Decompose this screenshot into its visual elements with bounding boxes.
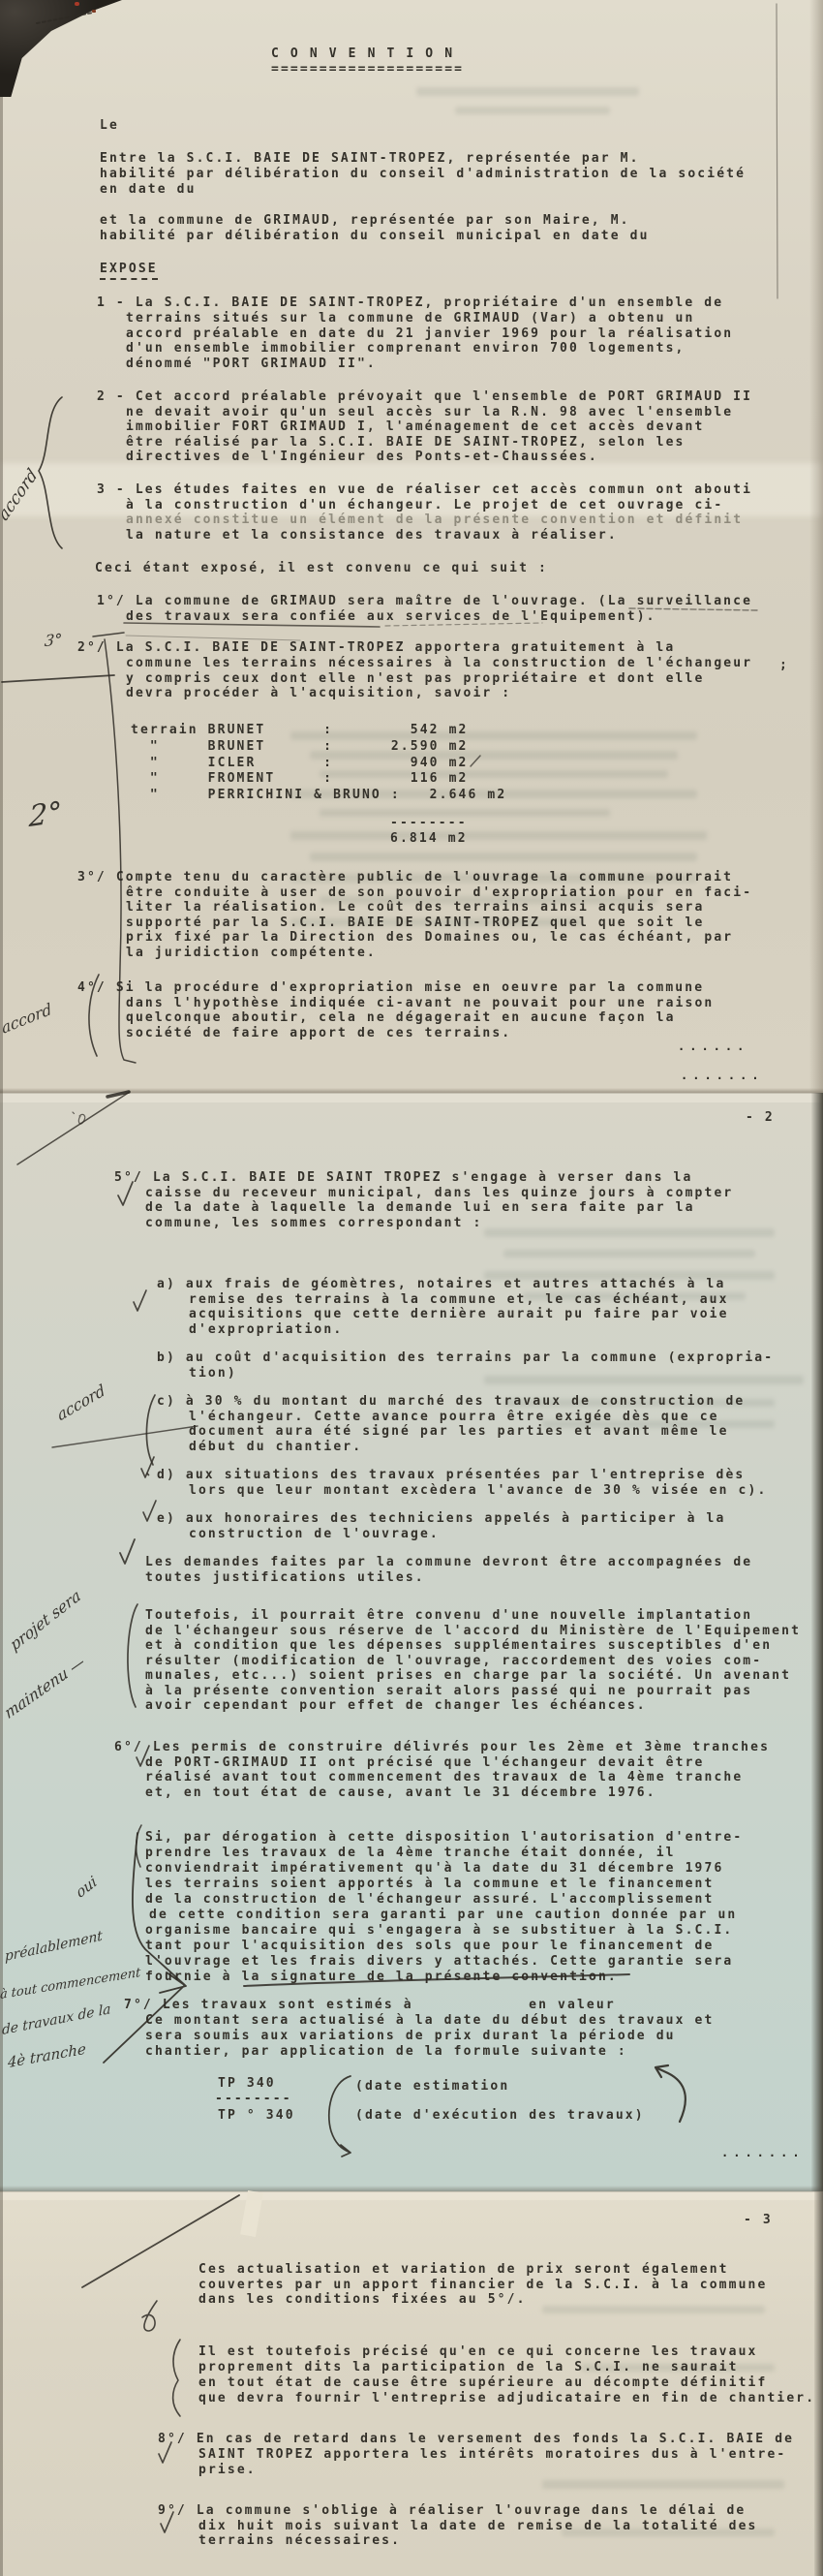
bleed-through-smudge	[484, 1228, 775, 1237]
typed-line: Toutefois, il pourrait être convenu d'un…	[145, 1608, 752, 1624]
typed-line: lors que leur montant excèdera l'avance …	[189, 1483, 767, 1499]
bleed-through-smudge	[416, 87, 639, 96]
page-2-top-edge	[0, 1093, 823, 1102]
typed-line: directives de l'Ingénieur des Ponts-et-C…	[126, 450, 598, 465]
typed-line: - 2	[746, 1110, 775, 1126]
typed-line: TP 340	[218, 2076, 276, 2092]
typed-line: caisse du receveur municipal, dans les q…	[145, 1186, 733, 1201]
typed-line: Les demandes faites par la commune devro…	[145, 1555, 752, 1570]
typed-line: fournie à la signature de la présente co…	[145, 1970, 618, 1985]
typed-line: acquisitions que cette dernière aurait p…	[189, 1307, 729, 1322]
typed-line: --------	[390, 816, 468, 831]
typed-line: ne devait avoir qu'un seul accès sur la …	[126, 405, 733, 420]
typed-line: quelconque aboutir, cela ne dégagerait e…	[126, 1010, 676, 1026]
typed-line: de PORT-GRIMAUD II ont précisé que l'éch…	[145, 1755, 705, 1771]
red-tape-dot	[75, 2, 79, 6]
typed-line: en date du	[100, 182, 197, 198]
typed-line: 8°/ En cas de retard dans le versement d…	[158, 2432, 794, 2447]
typed-line: d) aux situations des travaux présentées…	[157, 1468, 745, 1483]
typed-line: dénommé "PORT GRIMAUD II".	[126, 357, 377, 372]
typed-line: (date d'exécution des travaux)	[355, 2108, 645, 2124]
typed-line: y compris ceux dont elle n'est pas propr…	[126, 671, 704, 687]
typed-line: de cette condition sera garanti par une …	[149, 1908, 737, 1923]
typed-line: commune, les sommes correspondant :	[145, 1216, 482, 1231]
typed-line: e) aux honoraires des techniciens appelé…	[157, 1511, 725, 1527]
typed-line: et, en tout état de cause, avant le 31 d…	[145, 1785, 656, 1801]
typed-line: a) aux frais de géomètres, notaires et a…	[157, 1277, 725, 1292]
typed-line: ;	[779, 658, 789, 673]
typed-line: annexé constitue un élément de la présen…	[126, 512, 743, 528]
typed-line: Entre la S.C.I. BAIE DE SAINT-TROPEZ, re…	[100, 151, 640, 167]
typed-line: 1 - La S.C.I. BAIE DE SAINT-TROPEZ, prop…	[97, 295, 723, 311]
typed-line: organisme bancaire qui s'engagera à se s…	[145, 1923, 733, 1939]
typed-line: d'un ensemble immobilier comprenant envi…	[126, 341, 686, 357]
typed-line: 6°/ Les permis de construire délivrés po…	[114, 1740, 770, 1755]
typed-line: 4°/ Si la procédure d'expropriation mise…	[77, 980, 704, 996]
handwritten-note: 3°	[44, 630, 63, 650]
bleed-through-smudge	[542, 2306, 765, 2313]
typed-line: 3°/ Compte tenu du caractère public de l…	[77, 870, 733, 885]
typed-line: accord préalable en date du 21 janvier 1…	[126, 326, 733, 342]
typed-line: d'expropriation.	[189, 1322, 343, 1338]
typed-line: de la date à laquelle la demande lui en …	[145, 1200, 695, 1216]
typed-line: chantier, par application de la formule …	[145, 2044, 627, 2060]
typed-line: 7°/ Les travaux sont estimés à en valeur	[124, 1998, 616, 2013]
typed-line: de la construction de l'échangeur assuré…	[145, 1892, 714, 1908]
typed-line: ====================	[271, 62, 464, 78]
typed-line: et à condition que les dépenses suppléme…	[145, 1638, 772, 1654]
typed-line: en tout état de cause être supérieure au…	[198, 2375, 767, 2391]
typed-line: Il est toutefois précisé qu'en ce qui co…	[198, 2344, 758, 2360]
typed-line: commune les terrains nécessaires à la co…	[126, 656, 752, 671]
typed-line: 2 - Cet accord préalable prévoyait que l…	[97, 389, 752, 405]
typed-line: liter la réalisation. Le coût des terrai…	[126, 900, 704, 916]
typed-line: immobilier FORT GRIMAUD I, l'aménagement…	[126, 419, 704, 435]
typed-line: tant pour l'acquisition des sols que pou…	[145, 1939, 714, 1954]
typed-line: dans l'hypothèse indiquée ci-avant ne po…	[126, 996, 714, 1011]
typed-line: à la construction d'un échangeur. Le pro…	[126, 498, 723, 513]
typed-line: à la présente convention serait alors pa…	[145, 1684, 752, 1699]
typed-line: début du chantier.	[189, 1440, 362, 1455]
typed-line: tion)	[189, 1366, 237, 1381]
typed-line: de l'échangeur sous réserve de l'accord …	[145, 1624, 801, 1639]
typed-line: habilité par délibération du conseil d'a…	[100, 167, 746, 182]
typed-line: 5°/ La S.C.I. BAIE DE SAINT TROPEZ s'eng…	[114, 1170, 692, 1186]
typed-line: les terrains soient apportés à la commun…	[145, 1877, 714, 1892]
typed-line: être réalisé par la S.C.I. BAIE DE SAINT…	[126, 435, 686, 450]
typed-line: dans les conditions fixées au 5°/.	[198, 2292, 527, 2308]
typed-line: résulter (modification de l'ouvrage, rac…	[145, 1654, 762, 1669]
typed-line: être conduite à user de son pouvoir d'ex…	[126, 885, 752, 901]
typed-line: la nature et la consistance des travaux …	[126, 528, 618, 543]
typed-line: " PERRICHINI & BRUNO : 2.646 m2	[131, 788, 506, 803]
typed-line: avoir cependant pour effet de changer le…	[145, 1698, 647, 1714]
typed-line: proprement dits la participation de la S…	[198, 2360, 739, 2375]
typed-line: 9°/ La commune s'oblige à réaliser l'ouv…	[158, 2503, 746, 2519]
typed-line: Le	[100, 118, 119, 134]
typed-line: munales, etc...) soient prises en charge…	[145, 1668, 791, 1684]
right-paper-edge-3	[814, 2191, 823, 2576]
typed-line: EXPOSE	[100, 262, 158, 280]
left-paper-edge	[0, 0, 3, 2576]
typed-line: que devra fournir l'entreprise adjudicat…	[198, 2391, 815, 2406]
bleed-through-smudge	[503, 1250, 755, 1257]
right-paper-edge-1	[809, 0, 823, 1093]
typed-line: --------	[215, 2092, 292, 2107]
typed-line: b) au coût d'acquisition des terrains pa…	[157, 1350, 774, 1366]
typed-line: terrains nécessaires.	[198, 2533, 401, 2549]
document-scan: C O N V E N T I O N====================L…	[0, 0, 823, 2576]
handwritten-note: 2°	[28, 795, 62, 834]
typed-line: prix fixé par la Direction des Domaines …	[126, 930, 733, 946]
typed-line: remise des terrains à la commune et, le …	[189, 1292, 729, 1308]
typed-line: ......	[678, 1039, 748, 1054]
typed-line: des travaux sera confiée aux services de…	[126, 609, 656, 625]
typed-line: Ce montant sera actualisé à la date du d…	[145, 2013, 714, 2029]
typed-line: sera soumis aux variations de prix duran…	[145, 2029, 676, 2044]
typed-line: prendre les travaux de la 4ème tranche é…	[145, 1846, 676, 1861]
typed-line: C O N V E N T I O N	[271, 47, 454, 62]
typed-line: la juridiction compétente.	[126, 946, 377, 961]
bleed-through-smudge	[542, 2480, 784, 2489]
typed-line: " BRUNET : 2.590 m2	[131, 739, 468, 755]
typed-line: terrains situés sur la commune de GRIMAU…	[126, 311, 694, 326]
typed-line: Si, par dérogation à cette disposition l…	[145, 1830, 743, 1846]
typed-line: (date estimation	[355, 2079, 509, 2095]
right-paper-edge-2	[811, 1093, 823, 2191]
typed-line: SAINT TROPEZ apportera les intérêts mora…	[198, 2447, 786, 2463]
typed-line: conviendrait impérativement qu'à la date…	[145, 1861, 723, 1877]
typed-line: supporté par la S.C.I. BAIE DE SAINT-TRO…	[126, 916, 704, 931]
typed-line: toutes justifications utiles.	[145, 1570, 425, 1586]
typed-line: terrain BRUNET : 542 m2	[131, 723, 468, 738]
typed-line: habilité par délibération du conseil mun…	[100, 229, 650, 244]
bleed-through-smudge	[310, 853, 697, 861]
typed-line: Ces actualisation et variation de prix s…	[198, 2262, 729, 2278]
typed-line: l'échangeur. Cette avance pourra être ex…	[189, 1410, 719, 1425]
bleed-through-smudge	[484, 1376, 804, 1384]
typed-line: .......	[721, 2145, 805, 2160]
typed-line: dix huit mois suivant la date de remise …	[198, 2519, 758, 2534]
red-tape-tip	[92, 10, 96, 13]
typed-line: réalisé avant tout commencement des trav…	[145, 1770, 743, 1785]
typed-line: c) à 30 % du montant du marché des trava…	[157, 1394, 745, 1410]
typed-line: document aura été signé par les parties …	[189, 1424, 729, 1440]
typed-line: Ceci étant exposé, il est convenu ce qui…	[95, 561, 548, 576]
typed-line: 3 - Les études faites en vue de réaliser…	[97, 482, 752, 498]
typed-line: " FROMENT : 116 m2	[131, 771, 468, 787]
typed-line: .......	[681, 1068, 764, 1083]
typed-line: devra procéder à l'acquisition, savoir :	[126, 686, 511, 701]
typed-line: - 3	[744, 2213, 773, 2228]
typed-line: " ICLER : 940 m2	[131, 756, 468, 771]
typed-line: et la commune de GRIMAUD, représentée pa…	[100, 213, 630, 229]
typed-line: 1°/ La commune de GRIMAUD sera maître de…	[97, 594, 752, 609]
bleed-through-smudge	[290, 831, 707, 840]
typed-line: couvertes par un apport financier de la …	[198, 2278, 767, 2293]
typed-line: prise.	[198, 2463, 257, 2478]
page-3-top-edge	[0, 2191, 823, 2200]
typed-line: société de faire apport de ces terrains.	[126, 1026, 511, 1041]
bleed-through-smudge	[455, 107, 610, 114]
typed-line: 6.814 m2	[390, 831, 468, 847]
typed-line: construction de l'ouvrage.	[189, 1527, 440, 1542]
typed-line: TP ° 340	[218, 2108, 295, 2124]
typed-line: 2°/ La S.C.I. BAIE DE SAINT-TROPEZ appor…	[77, 640, 675, 656]
typed-line: l'ouvrage et les frais divers y attachés…	[145, 1954, 733, 1970]
